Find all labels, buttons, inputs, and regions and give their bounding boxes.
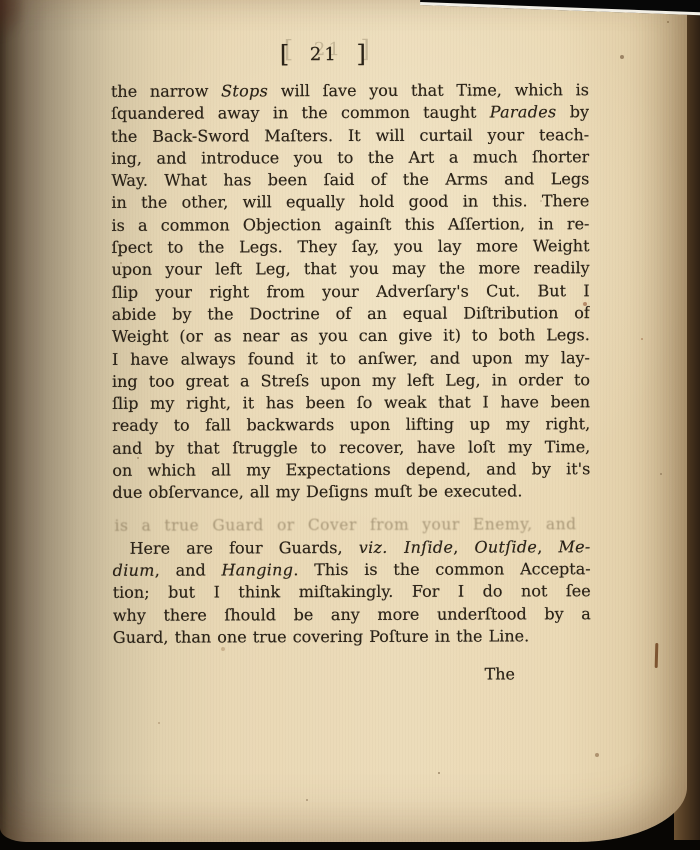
- text-line: ſpect to the Legs. They ſay, you lay mor…: [111, 235, 589, 259]
- text-line: in the other, will equally hold good in …: [111, 191, 589, 215]
- text-line: Here are four Guards, viz. Inſide, Outſi…: [113, 536, 591, 560]
- text-line: abide by the Doctrine of an equal Diſtri…: [112, 302, 590, 326]
- page-header: [ 21 ]: [280, 40, 366, 68]
- bleedthrough-text: is a true Guard or Cover from your Enemy…: [114, 515, 576, 535]
- text-line: ready to fall backwards upon lifting up …: [112, 414, 590, 438]
- text-line: due obſervance, all my Deſigns muſt be e…: [112, 481, 590, 505]
- text-line: ſlip your right from your Adverſary's Cu…: [112, 280, 590, 304]
- text-line: ing too great a Streſs upon my left Leg,…: [112, 369, 590, 393]
- text-line: upon your left Leg, that you may the mor…: [112, 258, 590, 282]
- printed-content: [ 21 ] the narrow Stops will ſave you th…: [111, 79, 591, 685]
- book-scan: [ 21 ] the narrow Stops will ſave you th…: [0, 0, 700, 850]
- paper-specks: [0, 0, 2, 2]
- text-line: the Back-Sword Maſters. It will curtail …: [111, 124, 589, 148]
- text-line: and by that ſtruggle to recover, have lo…: [112, 436, 590, 460]
- text-block: the narrow Stops will ſave you that Time…: [111, 79, 591, 649]
- paragraph-2: Here are four Guards, viz. Inſide, Outſi…: [113, 536, 591, 649]
- text-line: I have always found it to anſwer, and up…: [112, 347, 590, 371]
- text-line: is a common Objection againſt this Aſſer…: [111, 213, 589, 237]
- text-line: Weight (or as near as you can give it) t…: [112, 324, 590, 348]
- paragraph-1: the narrow Stops will ſave you that Time…: [111, 79, 590, 504]
- left-bracket: [: [280, 42, 289, 66]
- text-line: ing, and introduce you to the Art a much…: [111, 146, 589, 170]
- corner-smudge: [0, 0, 26, 42]
- text-line: ſlip my right, it has been ſo weak that …: [112, 391, 590, 415]
- ink-mark: [655, 643, 659, 668]
- text-line: why there ſhould be any more underſtood …: [113, 603, 591, 627]
- text-line: on which all my Expectations depend, and…: [112, 458, 590, 482]
- text-line: Way. What has been ſaid of the Arms and …: [111, 168, 589, 192]
- text-line: dium, and Hanging. This is the common Ac…: [113, 558, 591, 582]
- text-line: Guard, than one true covering Poſture in…: [113, 625, 591, 649]
- right-bracket: ]: [356, 42, 365, 66]
- catchword: The: [113, 664, 591, 685]
- text-line: the narrow Stops will ſave you that Time…: [111, 79, 589, 103]
- page-number: 21: [307, 44, 339, 65]
- text-line: ſquandered away in the common taught Par…: [111, 101, 589, 125]
- text-line: tion; but I think miſtakingly. For I do …: [113, 580, 591, 604]
